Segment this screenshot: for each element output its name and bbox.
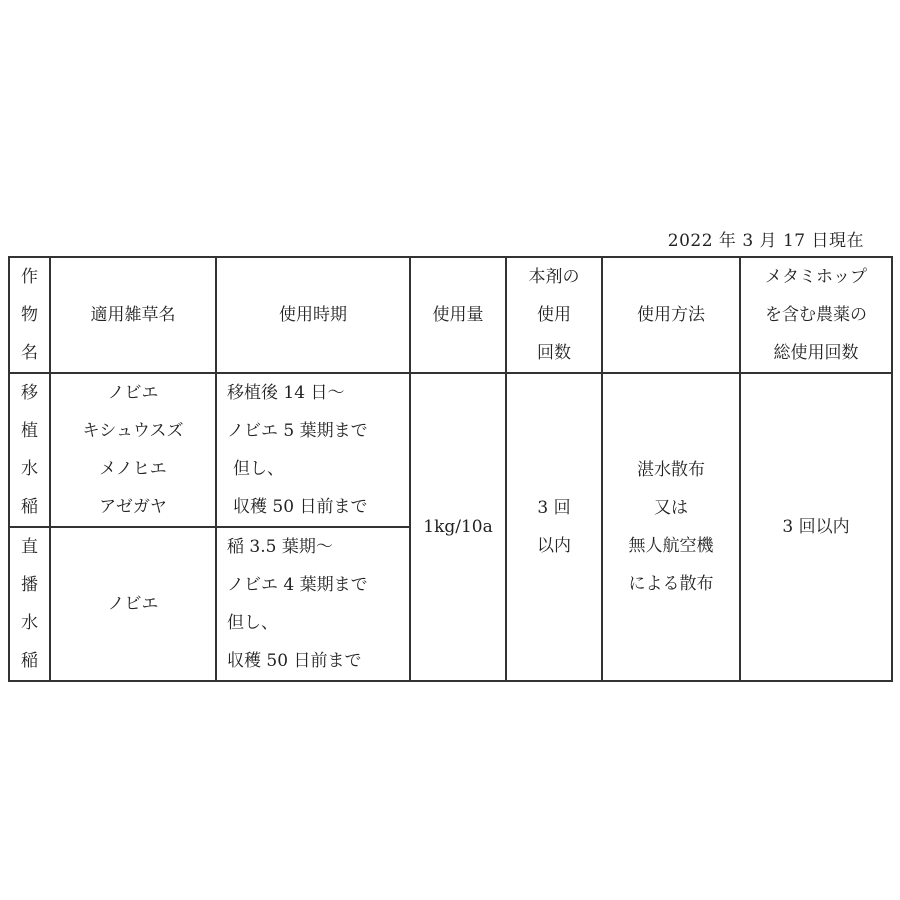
table-row: 移 植 水 稲 ノビエ キシュウスズ メノヒエ アゼガヤ 移植後 14 日～ ノ… bbox=[9, 373, 892, 527]
timing-cell: 稲 3.5 葉期～ ノビエ 4 葉期まで 但し、 収穫 50 日前まで bbox=[216, 527, 410, 681]
header-uses: 本剤の 使用 回数 bbox=[506, 257, 602, 373]
pesticide-registration-table: 作 物 名 適用雑草名 使用時期 使用量 本剤の 使用 回数 使用方法 メタミホ… bbox=[8, 256, 893, 682]
weeds-cell: ノビエ bbox=[50, 527, 216, 681]
method-cell: 湛水散布 又は 無人航空機 による散布 bbox=[602, 373, 740, 681]
timing-cell: 移植後 14 日～ ノビエ 5 葉期まで 但し、 収穫 50 日前まで bbox=[216, 373, 410, 527]
uses-cell: 3 回 以内 bbox=[506, 373, 602, 681]
as-of-date: 2022 年 3 月 17 日現在 bbox=[668, 226, 864, 251]
weeds-cell: ノビエ キシュウスズ メノヒエ アゼガヤ bbox=[50, 373, 216, 527]
crop-cell: 直 播 水 稲 bbox=[9, 527, 50, 681]
header-row: 作 物 名 適用雑草名 使用時期 使用量 本剤の 使用 回数 使用方法 メタミホ… bbox=[9, 257, 892, 373]
header-method: 使用方法 bbox=[602, 257, 740, 373]
header-total-uses: メタミホップ を含む農薬の 総使用回数 bbox=[740, 257, 892, 373]
amount-cell: 1kg/10a bbox=[410, 373, 506, 681]
total-uses-cell: 3 回以内 bbox=[740, 373, 892, 681]
header-crop: 作 物 名 bbox=[9, 257, 50, 373]
crop-cell: 移 植 水 稲 bbox=[9, 373, 50, 527]
header-weeds: 適用雑草名 bbox=[50, 257, 216, 373]
header-amount: 使用量 bbox=[410, 257, 506, 373]
header-timing: 使用時期 bbox=[216, 257, 410, 373]
